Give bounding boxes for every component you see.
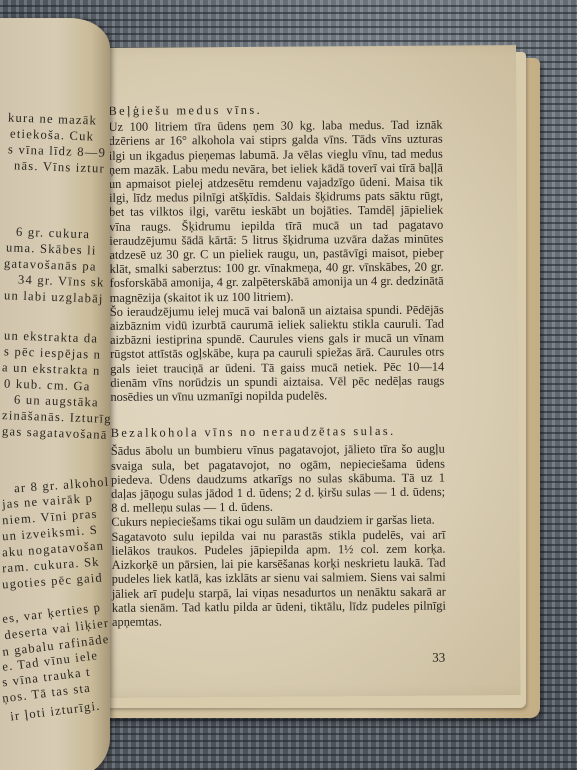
left-page-text-fragment: 34 gr. Vīns sk [18,272,105,290]
left-page-text-fragment: 6 un augstāka [14,393,99,411]
paragraph: Šo ieraudzējumu ielej mucā vai balonā un… [110,302,445,404]
left-page-text-fragment: kura ne mazāk [8,110,98,128]
left-page-text-fragment: gas sagatavošanā [2,424,108,443]
section-heading-nonalcoholic-wine: Bezalkohola vīns no neraudzētas sulas. [111,424,445,441]
paragraph: Sagatavoto sulu iepilda vai nu parastās … [111,527,446,629]
left-page: kura ne mazāketiekoša. Cuks vīna līdz 8—… [0,18,110,770]
left-page-text-fragment: etiekoša. Cuk [10,127,95,145]
paragraph: Uz 100 litriem tīra ūdens ņem 30 kg. lab… [109,118,444,305]
page-number: 33 [432,650,445,666]
left-page-text-fragment: 6 gr. cukura [16,225,91,243]
left-page-text-fragment: nās. Vīns iztur [14,158,105,176]
book-photo: { "right_page": { "page_number": "33", "… [0,0,577,770]
section-heading-belgian-mead: Beļģiešu medus vīns. [108,102,442,119]
right-page: Beļģiešu medus vīns. Uz 100 litriem tīra… [92,45,521,698]
page-text: Beļģiešu medus vīns. Uz 100 litriem tīra… [108,102,446,629]
left-page-text-fragment: uma. Skābes li [6,240,97,258]
paragraph: Šādus ābolu un bumbieru vīnus pagatavojo… [111,442,445,515]
left-page-text-fragment: un labi uzglabāj [4,288,104,306]
